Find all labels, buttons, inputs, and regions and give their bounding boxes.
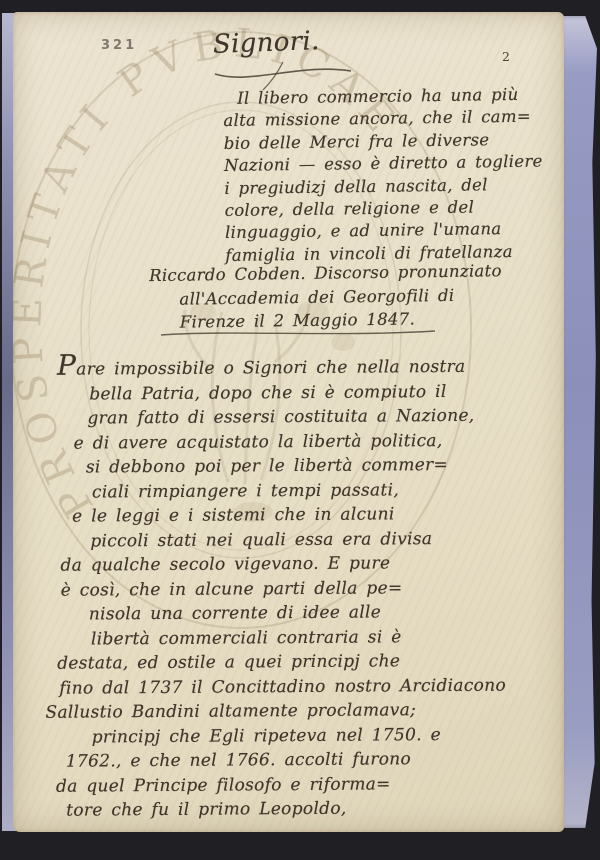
manuscript-line: Sallustio Bandini altamente proclamava; (45, 698, 506, 726)
manuscript-line: destata, ed ostile a quei principj che (57, 649, 506, 677)
manuscript-line: da quel Principe filosofo e riforma= (56, 771, 507, 799)
manuscript-line: piccoli stati nei quali essa era divisa (90, 526, 505, 553)
attribution-underline (159, 326, 439, 340)
manuscript-body: Pare impossibile o Signori che nella nos… (13, 351, 507, 824)
page-title: Signori. (213, 26, 321, 60)
manuscript-line: principj che Egli ripeteva nel 1750. e (92, 722, 507, 749)
page-number: 2 (502, 49, 510, 64)
epigraph-attribution: Riccardo Cobden. Discorso pronunziato al… (13, 259, 503, 336)
manuscript-line: tore che fu il primo Leopoldo, (66, 796, 507, 824)
manuscript-scan: PROSPERITATI PVBLICAE 321 2 Signori. Il … (0, 0, 600, 860)
manuscript-line: e di avere acquistato la libertà politic… (74, 428, 505, 456)
manuscript-line: bella Patria, dopo che si è compiuto il (89, 379, 504, 406)
manuscript-line: fino dal 1737 il Concittadino nostro Arc… (59, 673, 506, 701)
manuscript-line: si debbono poi per le libertà commer= (86, 453, 505, 480)
manuscript-paper: PROSPERITATI PVBLICAE 321 2 Signori. Il … (13, 12, 564, 832)
manuscript-line: Nazioni — esso è diretto a togliere (224, 151, 543, 178)
manuscript-line: da qualche secolo vigevano. E pure (60, 551, 505, 579)
manuscript-line: alta missione ancora, che il cam= (223, 106, 542, 133)
folio-stamp-number: 321 (101, 38, 137, 53)
manuscript-line: all'Accademia dei Georgofili di (179, 283, 502, 311)
manuscript-line: 1762., e che nel 1766. accolti furono (66, 747, 507, 775)
manuscript-line: e le leggi e i sistemi che in alcuni (72, 502, 505, 530)
manuscript-line: Pare impossibile o Signori che nella nos… (57, 351, 504, 383)
manuscript-line: gran fatto di essersi costituita a Nazio… (87, 404, 504, 431)
epigraph-quote: Il libero commercio ha una più alta miss… (223, 84, 544, 268)
manuscript-line: libertà commerciali contraria si è (91, 624, 506, 651)
manuscript-line: ciali rimpiangere i tempi passati, (92, 477, 505, 504)
manuscript-line: nisola una corrente di idee alle (89, 600, 506, 627)
manuscript-line: è così, che in alcune parti della pe= (61, 575, 506, 603)
